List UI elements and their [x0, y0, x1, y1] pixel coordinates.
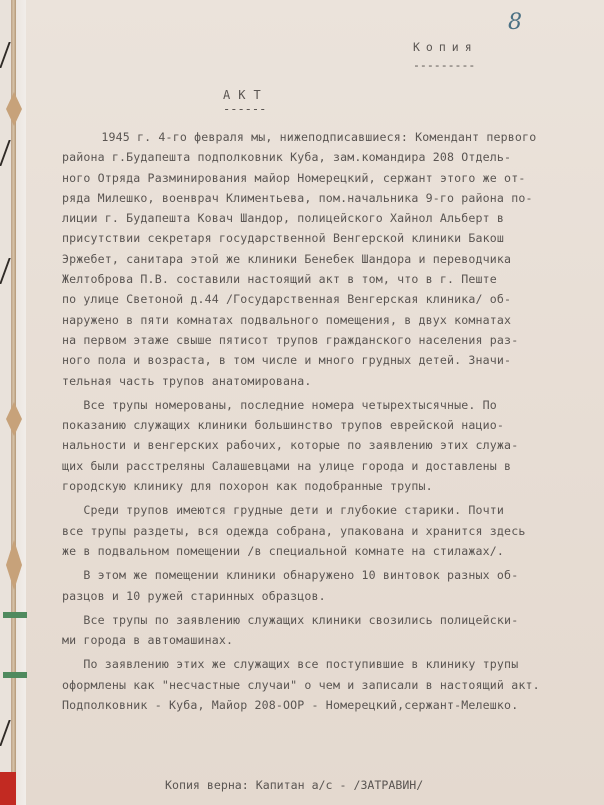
green-thread [3, 612, 27, 618]
body-line: на первом этаже свыше пятисот трупов гра… [62, 330, 600, 350]
body-line: Все трупы по заявлению служащих клиники … [62, 610, 600, 630]
green-thread [3, 672, 27, 678]
binding-tear [6, 92, 22, 126]
body-line: оформлены как "несчастные случаи" о чем … [62, 675, 600, 695]
body-line: нальности и венгерских рабочих, которые … [62, 435, 600, 455]
body-line: ного Отряда Разминирования майор Номерец… [62, 168, 600, 188]
copy-underline: --------- [413, 58, 475, 72]
document-page: 8 Копия --------- АКТ ------ 1945 г. 4-г… [0, 0, 604, 805]
stitch-thread [0, 258, 31, 284]
stitch-thread [0, 140, 31, 166]
document-body: 1945 г. 4-го февраля мы, нижеподписавшие… [80, 127, 600, 715]
body-line: Подполковник - Куба, Майор 208-ООР - Ном… [62, 695, 600, 715]
body-line: 1945 г. 4-го февраля мы, нижеподписавшие… [80, 127, 600, 147]
body-line: присутствии секретаря государственной Ве… [62, 228, 600, 248]
body-line: По заявлению этих же служащих все поступ… [62, 654, 600, 674]
body-line: Желтоброва П.В. составили настоящий акт … [62, 269, 600, 289]
handwritten-page-number: 8 [508, 10, 522, 35]
body-line: лиции г. Будапешта Ковач Шандор, полицей… [62, 208, 600, 228]
binding-margin [0, 0, 26, 805]
body-line: городскую клинику для похорон как подобр… [62, 476, 600, 496]
body-line: района г.Будапешта подполковник Куба, за… [62, 147, 600, 167]
body-line: Среди трупов имеются грудные дети и глуб… [62, 500, 600, 520]
stitch-thread [0, 42, 31, 68]
title-underline: ------ [223, 102, 266, 116]
body-line: все трупы раздеты, вся одежда собрана, у… [62, 521, 600, 541]
body-line: показанию служащих клиники большинство т… [62, 415, 600, 435]
body-line: наружено в пяти комнатах подвального пом… [62, 310, 600, 330]
body-line: В этом же помещении клиники обнаружено 1… [62, 565, 600, 585]
body-line: щих были расстреляны Салашевцами на улиц… [62, 456, 600, 476]
body-line: ного пола и возраста, в том числе и мног… [62, 350, 600, 370]
body-line: Эржебет, санитара этой же клиники Бенебе… [62, 249, 600, 269]
binding-tear [6, 402, 22, 436]
body-line: же в подвальном помещении /в специальной… [62, 541, 600, 561]
body-line: по улице Светоной д.44 /Государственная … [62, 289, 600, 309]
body-line: ми города в автомашинах. [62, 630, 600, 650]
body-line: тельная часть трупов анатомирована. [62, 371, 600, 391]
certification-signature: Копия верна: Капитан а/с - /ЗАТРАВИН/ [165, 778, 423, 792]
document-title: АКТ [223, 88, 269, 102]
red-ribbon [0, 772, 16, 805]
copy-label: Копия [413, 40, 478, 54]
body-line: разцов и 10 ружей старинных образцов. [62, 586, 600, 606]
binding-tear [6, 540, 22, 590]
stitch-thread [0, 720, 31, 746]
body-line: ряда Милешко, военврач Климентьева, пом.… [62, 188, 600, 208]
body-line: Все трупы номерованы, последние номера ч… [62, 395, 600, 415]
